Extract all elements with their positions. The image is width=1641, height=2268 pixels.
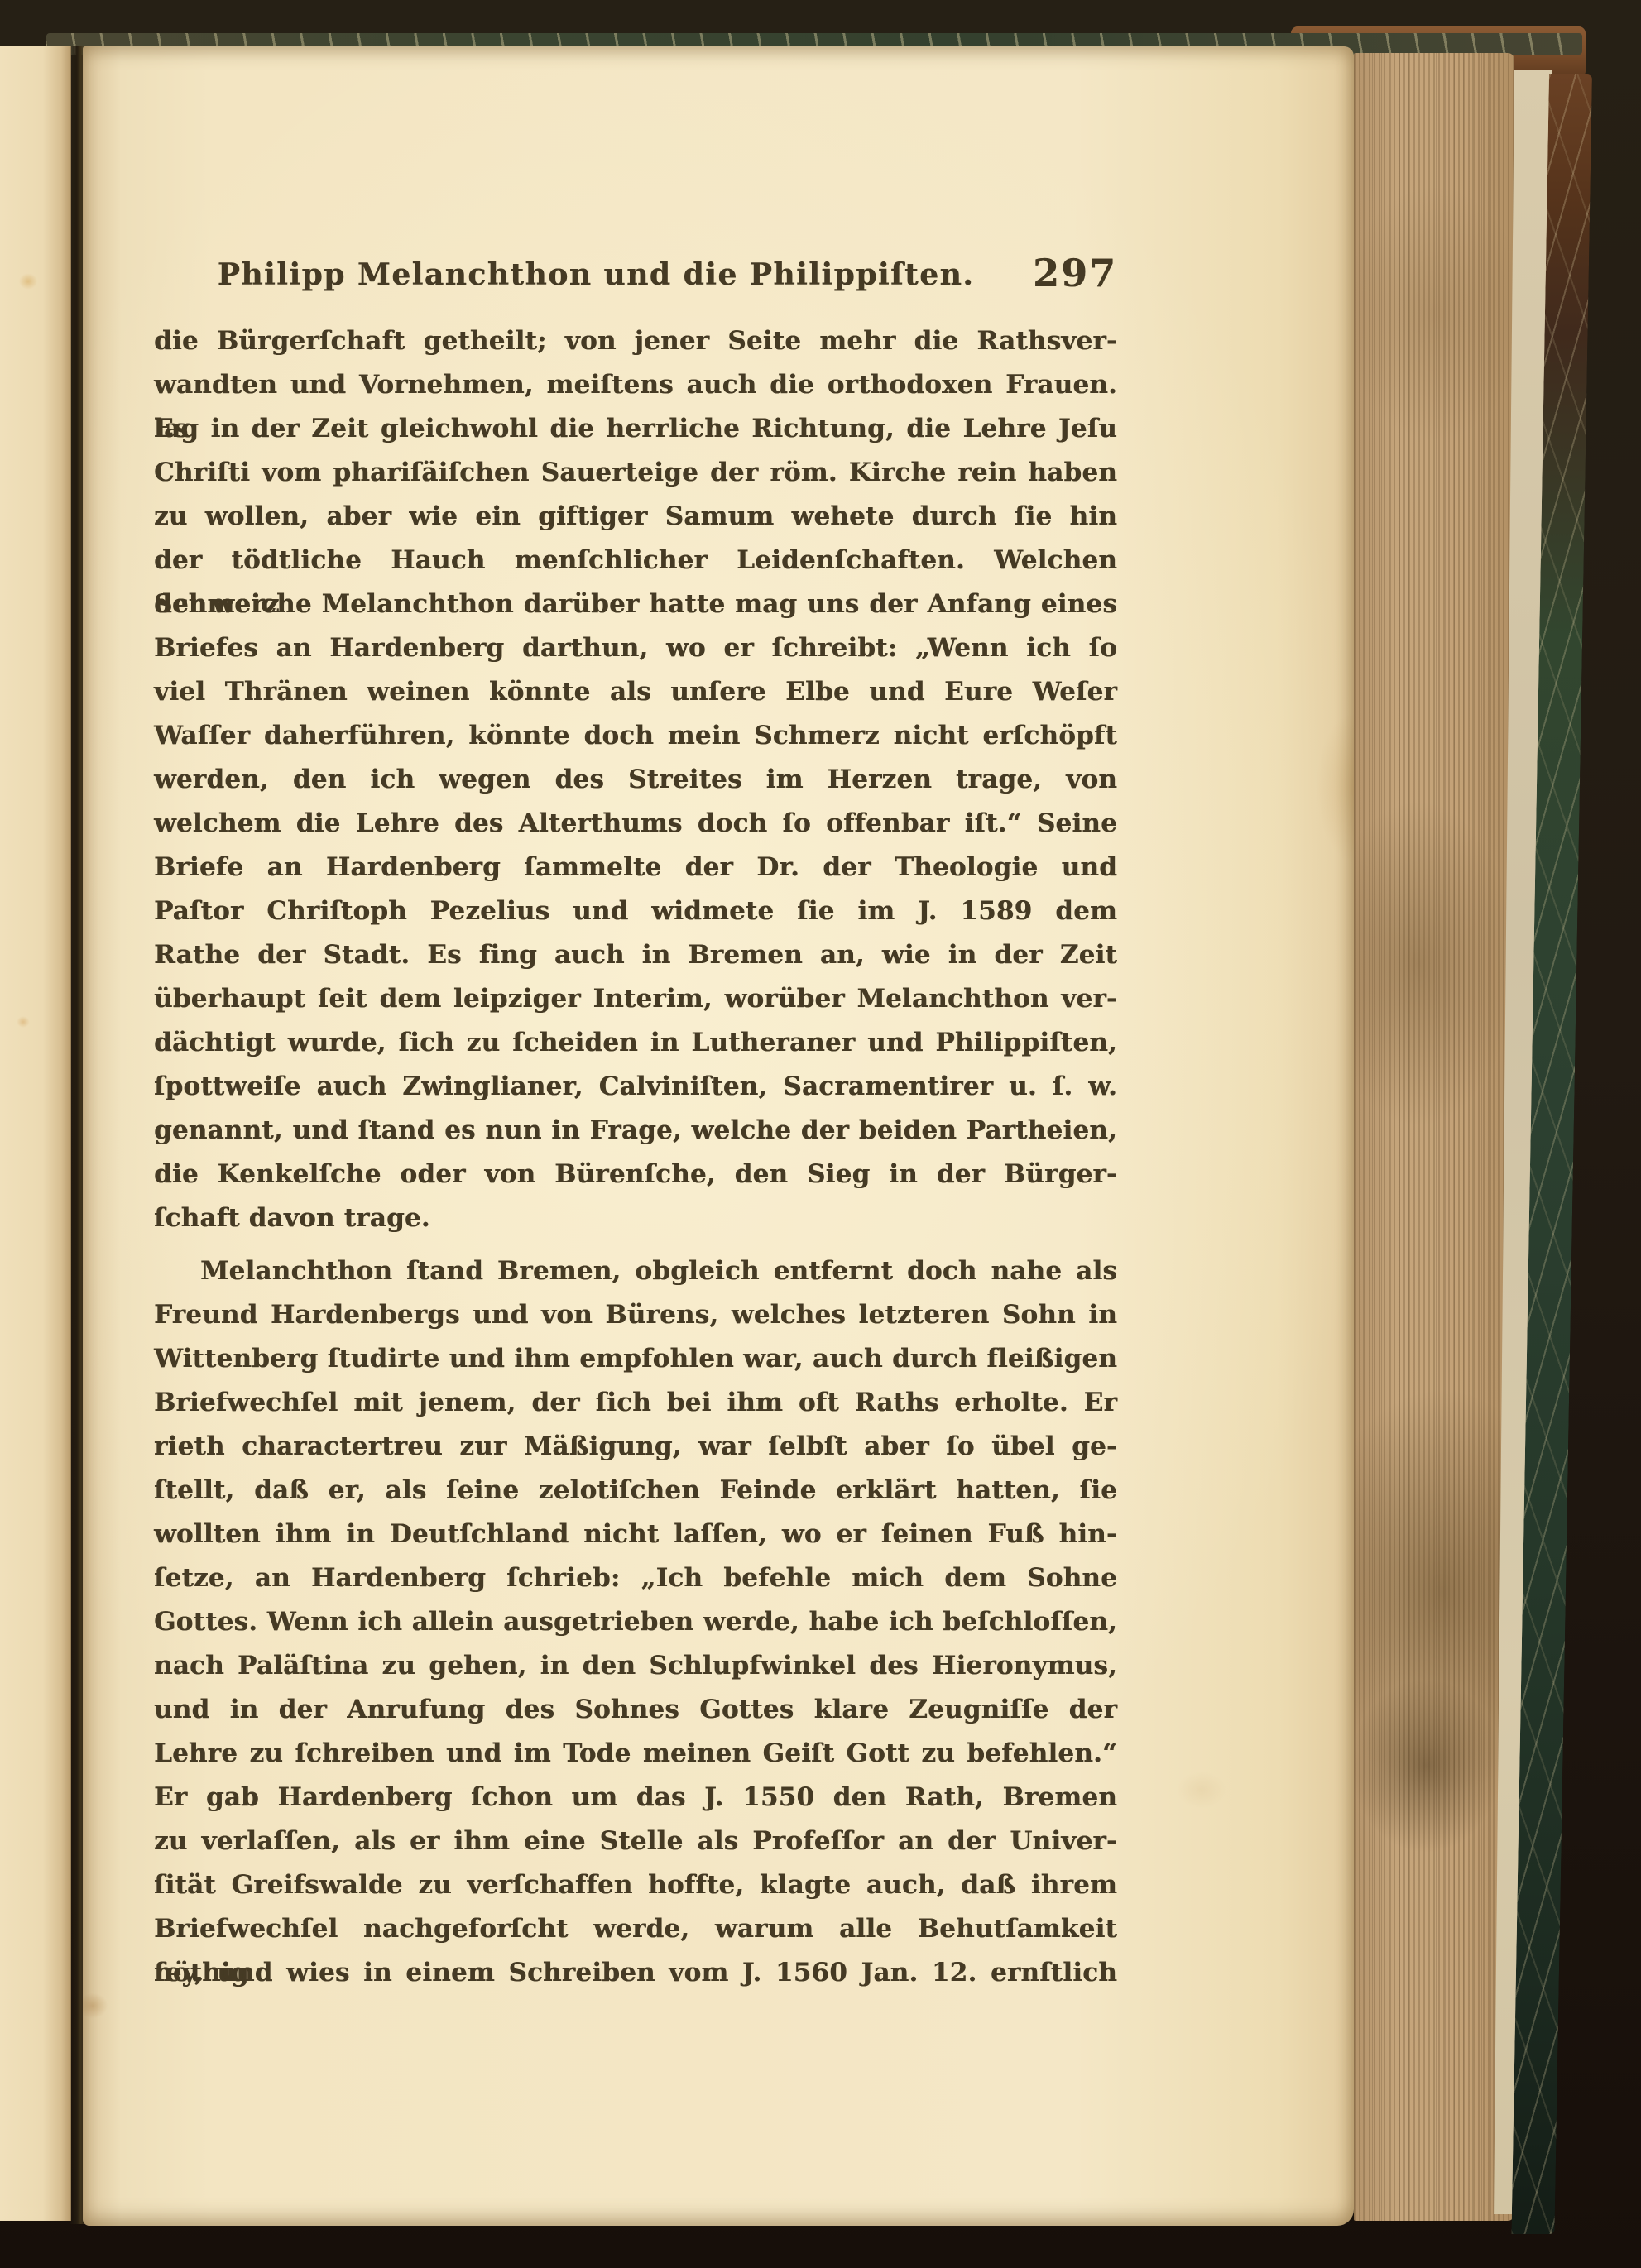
text-line: überhaupt ſeit dem leipziger Interim, wo…	[154, 977, 1117, 1021]
text-line: Lehre zu ſchreiben und im Tode meinen Ge…	[154, 1732, 1117, 1776]
book-page: Philipp Melanchthon und die Philippiſten…	[83, 46, 1354, 2226]
text-line: die Bürgerſchaft getheilt; von jener Sei…	[154, 319, 1117, 363]
text-line: Briefwechſel mit jenem, der ſich bei ihm…	[154, 1381, 1117, 1425]
text-line: zu verlaſſen, als er ihm eine Stelle als…	[154, 1820, 1117, 1863]
text-line: Wittenberg ſtudirte und ihm empfohlen wa…	[154, 1337, 1117, 1381]
text-line: Freund Hardenbergs und von Bürens, welch…	[154, 1293, 1117, 1337]
page-header: Philipp Melanchthon und die Philippiſten…	[154, 250, 1117, 303]
fore-edge-page-stack	[1354, 53, 1514, 2221]
text-line: und in der Anrufung des Sohnes Gottes kl…	[154, 1688, 1117, 1732]
text-line: Er gab Hardenberg ſchon um das J. 1550 d…	[154, 1776, 1117, 1820]
text-line: Waſſer daherführen, könnte doch mein Sch…	[154, 714, 1117, 758]
paragraph: Melanchthon ſtand Bremen, obgleich entfe…	[154, 1249, 1117, 1995]
text-line: Briefes an Hardenberg darthun, wo er ſch…	[154, 626, 1117, 670]
text-line: der tödtliche Hauch menſchlicher Leidenſ…	[154, 539, 1117, 583]
text-line: zu wollen, aber wie ein giftiger Samum w…	[154, 495, 1117, 539]
text-line: werden, den ich wegen des Streites im He…	[154, 758, 1117, 802]
text-line: Briefwechſel nachgeforſcht werde, warum …	[154, 1907, 1117, 1951]
text-line: Briefe an Hardenberg ſammelte der Dr. de…	[154, 846, 1117, 889]
text-line: ſität Greifswalde zu verſchaffen hoffte,…	[154, 1863, 1117, 1907]
text-line: Gottes. Wenn ich allein ausgetrieben wer…	[154, 1600, 1117, 1644]
text-line: der weiche Melanchthon darüber hatte mag…	[154, 583, 1117, 626]
previous-page-edge	[0, 46, 71, 2221]
text-line: wandten und Vornehmen, meiſtens auch die…	[154, 363, 1117, 407]
text-line: lag in der Zeit gleichwohl die herrliche…	[154, 407, 1117, 451]
text-line: nach Paläſtina zu gehen, in den Schlupfw…	[154, 1644, 1117, 1688]
text-line: rieth charactertreu zur Mäßigung, war ſe…	[154, 1425, 1117, 1469]
paragraph: die Bürgerſchaft getheilt; von jener Sei…	[154, 319, 1117, 1240]
text-line: ſtellt, daß er, als ſeine zelotiſchen Fe…	[154, 1469, 1117, 1513]
text-line: viel Thränen weinen könnte als unſere El…	[154, 670, 1117, 714]
page-text: die Bürgerſchaft getheilt; von jener Sei…	[154, 319, 1117, 1995]
text-line: Melanchthon ſtand Bremen, obgleich entfe…	[154, 1249, 1117, 1293]
text-line: ſpottweiſe auch Zwinglianer, Calviniſten…	[154, 1065, 1117, 1109]
text-line: Rathe der Stadt. Es fing auch in Bremen …	[154, 933, 1117, 977]
text-line: Chriſti vom phariſäiſchen Sauerteige der…	[154, 451, 1117, 495]
page-number: 297	[1033, 247, 1117, 300]
text-line: die Kenkelſche oder von Bürenſche, den S…	[154, 1153, 1117, 1196]
text-line: ſchaft davon trage.	[154, 1196, 1117, 1240]
text-line: ſey, und wies in einem Schreiben vom J. …	[154, 1951, 1117, 1995]
text-line: welchem die Lehre des Alterthums doch ſo…	[154, 802, 1117, 846]
text-line: wollten ihm in Deutſchland nicht laſſen,…	[154, 1513, 1117, 1556]
text-line: Paſtor Chriſtoph Pezelius und widmete ſi…	[154, 889, 1117, 933]
text-line: dächtigt wurde, ſich zu ſcheiden in Luth…	[154, 1021, 1117, 1065]
text-line: ſetze, an Hardenberg ſchrieb: „Ich befeh…	[154, 1556, 1117, 1600]
text-line: genannt, und ſtand es nun in Frage, welc…	[154, 1109, 1117, 1153]
scanned-book-photo: { "page": { "header": { "title": "Philip…	[0, 0, 1641, 2268]
running-title: Philipp Melanchthon und die Philippiſten…	[154, 250, 1117, 300]
